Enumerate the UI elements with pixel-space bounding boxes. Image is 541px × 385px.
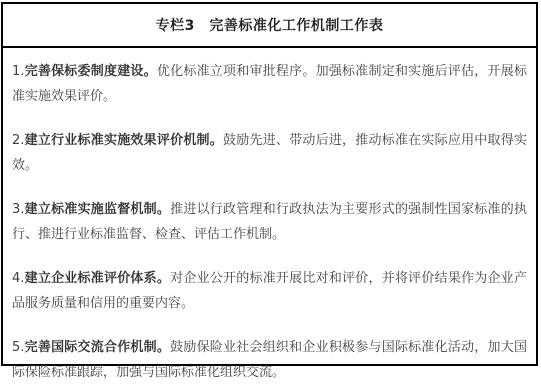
- item-number: 1.: [12, 64, 24, 79]
- list-item: 2.建立行业标准实施效果评价机制。鼓励先进、带动后进，推动标准在实际应用中取得实…: [12, 128, 527, 178]
- item-number: 3.: [12, 202, 24, 217]
- box-body: 1.完善保标委制度建设。优化标准立项和审批程序。加强标准制定和实施后评估，开展标…: [3, 48, 536, 385]
- list-item: 5.完善国际交流合作机制。鼓励保险业社会组织和企业积极参与国际标准化活动，加大国…: [12, 335, 527, 385]
- item-lead-text: 建立企业标准评价体系。: [24, 271, 170, 286]
- item-lead-text: 建立标准实施监督机制。: [24, 202, 170, 217]
- list-item: 4.建立企业标准评价体系。对企业公开的标准开展比对和评价，并将评价结果作为企业产…: [12, 266, 527, 316]
- box-header: 专栏3 完善标准化工作机制工作表: [3, 4, 536, 48]
- item-lead-text: 完善保标委制度建设。: [24, 64, 156, 79]
- list-item: 3.建立标准实施监督机制。推进以行政管理和行政执法为主要形式的强制性国家标准的执…: [12, 197, 527, 247]
- item-number: 5.: [12, 340, 24, 355]
- item-number: 2.: [12, 133, 24, 148]
- list-item: 1.完善保标委制度建设。优化标准立项和审批程序。加强标准制定和实施后评估，开展标…: [12, 59, 527, 109]
- item-lead-text: 完善国际交流合作机制。: [24, 340, 170, 355]
- column-box: 专栏3 完善标准化工作机制工作表 1.完善保标委制度建设。优化标准立项和审批程序…: [1, 2, 538, 366]
- box-title: 专栏3 完善标准化工作机制工作表: [156, 15, 384, 35]
- item-lead-text: 建立行业标准实施效果评价机制。: [24, 133, 223, 148]
- item-number: 4.: [12, 271, 24, 286]
- document-page: 专栏3 完善标准化工作机制工作表 1.完善保标委制度建设。优化标准立项和审批程序…: [0, 0, 541, 370]
